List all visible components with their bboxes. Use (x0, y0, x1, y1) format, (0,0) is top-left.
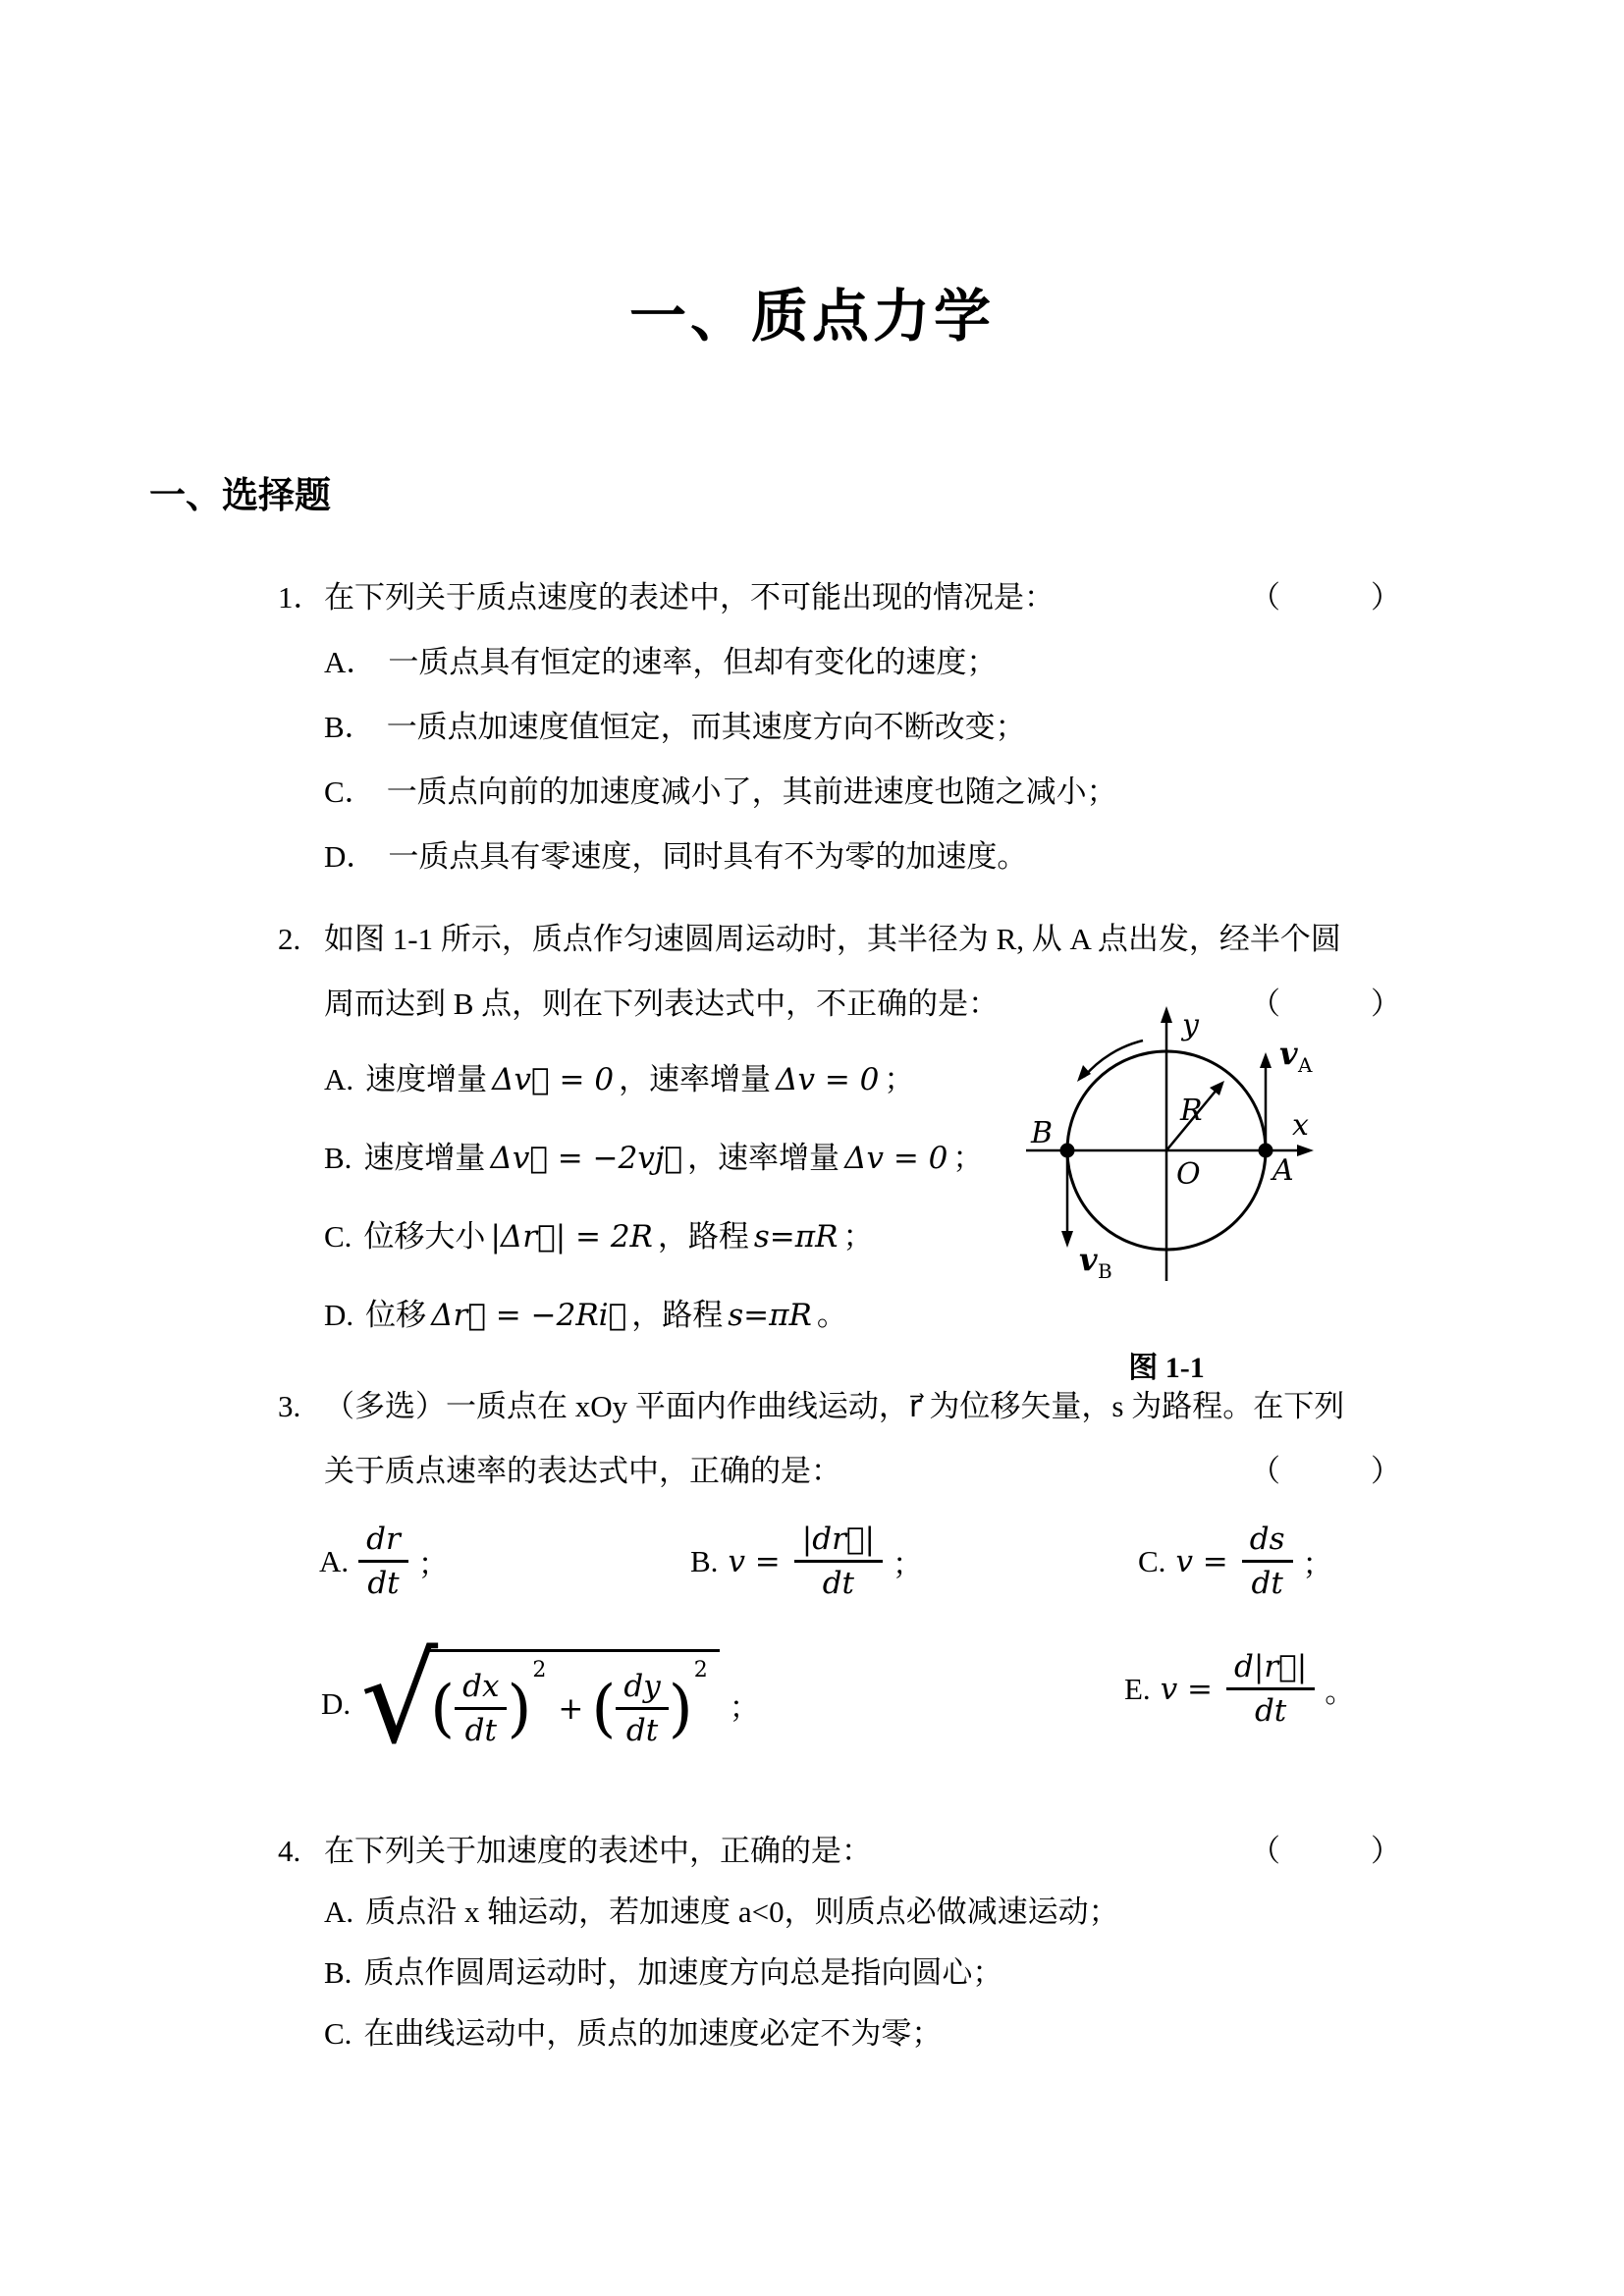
q4-option-a-text: 质点沿 x 轴运动，若加速度 a<0，则质点必做减速运动； (365, 1895, 1119, 1929)
q3-option-c-label: C. (1138, 1544, 1165, 1579)
q2-option-b: B.速度增量Δv⃗ = −2vj⃗，速率增量Δv = 0； (278, 1133, 995, 1184)
q4-option-b-label: B. (324, 1955, 352, 1990)
q2-option-a-punct: ； (884, 1062, 914, 1096)
q1-option-b-text: 一质点加速度值恒定，而其速度方向不断改变； (387, 710, 1026, 744)
q2-option-c-text2: ，路程 (658, 1219, 749, 1254)
q1-option-d: D．一质点具有零速度，同时具有不为零的加速度。 (278, 834, 1467, 880)
figure-1-1-caption: 图 1-1 (1049, 1343, 1284, 1386)
question-4-text: 在下列关于加速度的表述中，正确的是： (324, 1834, 872, 1868)
q2-option-b-label: B. (324, 1141, 352, 1175)
rotation-direction-arc (1084, 1041, 1143, 1077)
q3-option-c-denominator: dt (1252, 1563, 1283, 1601)
q3-option-d-punct: ； (730, 1682, 760, 1727)
q1-option-b-label: B． (324, 710, 375, 744)
question-3-text-line1: （多选）一质点在 xOy 平面内作曲线运动，r⃗ 为位移矢量，s 为路程。在下列 (324, 1389, 1344, 1423)
q3-option-c-numerator: ds (1242, 1522, 1293, 1563)
q2-option-c-text1: 位移大小 (363, 1219, 485, 1254)
q3-option-d-label: D. (321, 1686, 351, 1722)
q2-option-c-label: C. (324, 1219, 352, 1254)
q3-option-e: E. v = d|r⃗| dt 。 (1124, 1649, 1355, 1729)
q3-option-e-denominator: dt (1255, 1690, 1286, 1729)
q2-option-d-label: D. (324, 1298, 353, 1332)
x-axis-arrowhead (1297, 1145, 1314, 1156)
document-page: 一、质点力学 一、选择题 1．在下列关于质点速度的表述中，不可能出现的情况是： … (0, 0, 1624, 2296)
question-2-text-line2: 周而达到 B 点，则在下列表达式中，不正确的是： (324, 987, 999, 1021)
q2-option-c-math2: s=πR (749, 1219, 843, 1255)
velocity-a-arrowhead (1260, 1052, 1272, 1068)
question-3-stem-line1: 3.（多选）一质点在 xOy 平面内作曲线运动，r⃗ 为位移矢量，s 为路程。在… (278, 1384, 1467, 1429)
velocity-b-label: v (1079, 1241, 1098, 1278)
q2-option-d-punct: 。 (817, 1298, 847, 1332)
plus-sign: + (550, 1691, 591, 1727)
radical-sign: √ (360, 1649, 438, 1751)
question-3-number: 3. (278, 1384, 324, 1429)
velocity-a-label: v (1279, 1035, 1298, 1072)
velocity-a-subscript: A (1297, 1053, 1313, 1077)
question-4: 4.在下列关于加速度的表述中，正确的是： （ ） A.质点沿 x 轴运动，若加速… (278, 1829, 1467, 2056)
q4-option-b: B.质点作圆周运动时，加速度方向总是指向圆心； (278, 1950, 1467, 1996)
velocity-b-subscript: B (1098, 1259, 1112, 1283)
question-4-answer-blank: （ ） (1250, 1829, 1411, 1874)
question-1: 1．在下列关于质点速度的表述中，不可能出现的情况是： （ ） A．一质点具有恒定… (278, 575, 1467, 880)
q3-option-d-fraction-2: dy dt (616, 1669, 668, 1748)
q3-option-a-label: A. (319, 1544, 349, 1579)
q2-option-d: D.位移Δr⃗ = −2Ri⃗，路程s=πR。 (278, 1290, 995, 1341)
velocity-b-arrowhead (1061, 1231, 1073, 1248)
q3-option-b-denominator: dt (823, 1563, 854, 1601)
q3-option-a-fraction: dr dt (358, 1522, 408, 1601)
q3-option-b-lhs: v = (728, 1544, 780, 1579)
q2-option-a-text2: ，速率增量 (619, 1062, 771, 1096)
q2-option-a-label: A. (324, 1062, 353, 1096)
q1-option-d-text: 一质点具有零速度，同时具有不为零的加速度。 (388, 839, 1027, 874)
question-3-text-line2: 关于质点速率的表达式中，正确的是： (324, 1454, 841, 1488)
y-axis-arrowhead (1161, 1006, 1172, 1023)
q3-option-d-frac2-numerator: dy (616, 1669, 668, 1710)
q3-option-b-label: B. (690, 1544, 718, 1579)
question-2-text-line1: 如图 1-1 所示，质点作匀速圆周运动时，其半径为 R, 从 A 点出发，经半个… (324, 922, 1341, 956)
left-paren: ( (430, 1678, 455, 1740)
q3-option-d-fraction-1: dx dt (455, 1669, 507, 1748)
figure-1-1: y x O A B R v A v B 图 1-1 (982, 989, 1414, 1386)
point-b-label: B (1030, 1116, 1053, 1150)
q1-option-a-text: 一质点具有恒定的速率，但却有变化的速度； (388, 645, 997, 679)
q4-option-c-text: 在曲线运动中，质点的加速度必定不为零； (363, 2016, 942, 2051)
q3-option-d-radicand: ( dx dt ) 2 + ( dy dt ) (428, 1649, 720, 1759)
q3-option-d-frac1-numerator: dx (455, 1669, 507, 1710)
question-1-text: 在下列关于质点速度的表述中，不可能出现的情况是： (324, 580, 1055, 614)
right-paren: ) (669, 1678, 693, 1740)
question-3-answer-blank: （ ） (1250, 1449, 1411, 1494)
q3-option-c-lhs: v = (1175, 1544, 1227, 1579)
q3-option-b: B. v = |dr⃗| dt ； (690, 1522, 923, 1601)
q3-option-a-punct: ； (418, 1539, 449, 1583)
q1-option-c-text: 一质点向前的加速度减小了，其前进速度也随之减小； (387, 774, 1117, 809)
q1-option-d-label: D． (324, 839, 376, 874)
q2-option-b-math2: Δv = 0 (839, 1141, 952, 1176)
question-4-stem: 4.在下列关于加速度的表述中，正确的是： （ ） (278, 1829, 1467, 1874)
q2-option-d-math1: Δr⃗ = −2Ri⃗ (426, 1298, 631, 1333)
origin-label: O (1176, 1157, 1201, 1192)
circle-motion-diagram: y x O A B R v A v B (982, 989, 1414, 1333)
q3-option-a-denominator: dt (367, 1563, 399, 1601)
q3-option-e-label: E. (1124, 1672, 1151, 1707)
q3-option-d-frac1-denominator: dt (465, 1710, 497, 1748)
q2-option-a-text1: 速度增量 (365, 1062, 487, 1096)
q4-option-a-label: A. (324, 1895, 353, 1929)
point-b-dot (1060, 1144, 1075, 1158)
point-a-dot (1259, 1144, 1273, 1158)
q3-option-e-lhs: v = (1161, 1672, 1213, 1707)
x-axis-label: x (1292, 1108, 1309, 1143)
right-paren: ) (507, 1678, 531, 1740)
q2-option-b-math1: Δv⃗ = −2vj⃗ (485, 1141, 687, 1176)
question-2-number: 2. (278, 917, 324, 962)
q3-option-b-fraction: |dr⃗| dt (794, 1522, 883, 1601)
q3-option-d: D. √ ( dx dt ) 2 + ( dy (321, 1649, 760, 1759)
q2-option-b-text2: ，速率增量 (687, 1141, 839, 1175)
question-1-number: 1． (278, 575, 324, 620)
q1-option-c-label: C． (324, 774, 375, 809)
q3-option-c-fraction: ds dt (1242, 1522, 1293, 1601)
q3-option-a-numerator: dr (358, 1522, 408, 1563)
question-4-number: 4. (278, 1829, 324, 1874)
q3-option-d-exponent-2: 2 (694, 1660, 708, 1682)
page-title: 一、质点力学 (0, 0, 1624, 357)
rotation-arc-arrowhead (1077, 1065, 1091, 1082)
q1-option-c: C．一质点向前的加速度减小了，其前进速度也随之减小； (278, 770, 1467, 815)
q4-option-b-text: 质点作圆周运动时，加速度方向总是指向圆心； (363, 1955, 1002, 1990)
question-1-stem: 1．在下列关于质点速度的表述中，不可能出现的情况是： （ ） (278, 575, 1467, 620)
q3-option-c: C. v = ds dt ； (1138, 1522, 1333, 1601)
q2-option-c: C.位移大小|Δr⃗| = 2R，路程s=πR； (278, 1211, 995, 1262)
q2-option-d-text2: ，路程 (631, 1298, 723, 1332)
radius-arrowhead (1210, 1081, 1224, 1095)
section-heading: 一、选择题 (149, 473, 1624, 518)
q1-option-a-label: A． (324, 645, 376, 679)
q3-option-d-frac2-denominator: dt (626, 1710, 658, 1748)
q2-option-c-math1: |Δr⃗| = 2R (485, 1219, 657, 1255)
q2-option-a-math1: Δv⃗ = 0 (487, 1062, 619, 1097)
q4-option-c-label: C. (324, 2016, 352, 2051)
question-1-answer-blank: （ ） (1250, 575, 1411, 620)
q2-option-a-math2: Δv = 0 (771, 1062, 884, 1097)
q2-option-d-math2: s=πR (723, 1298, 817, 1333)
q3-option-a: A. dr dt ； (319, 1522, 449, 1601)
q3-options-row-1: A. dr dt ； B. v = |dr⃗| dt ； C. v = (278, 1522, 1467, 1631)
q2-option-a: A.速度增量Δv⃗ = 0，速率增量Δv = 0； (278, 1054, 995, 1105)
q2-option-b-text1: 速度增量 (363, 1141, 485, 1175)
question-3-stem-line2: 关于质点速率的表达式中，正确的是： （ ） (278, 1449, 1467, 1494)
point-a-label: A (1270, 1153, 1294, 1188)
q3-option-e-numerator: d|r⃗| (1226, 1649, 1315, 1690)
q3-options-row-2: D. √ ( dx dt ) 2 + ( dy (278, 1649, 1467, 1775)
left-paren: ( (591, 1678, 616, 1740)
q3-option-c-punct: ； (1303, 1539, 1333, 1583)
y-axis-label: y (1180, 1008, 1200, 1042)
q3-option-d-square-root: √ ( dx dt ) 2 + ( dy dt (360, 1649, 720, 1759)
q1-option-a: A．一质点具有恒定的速率，但却有变化的速度； (278, 640, 1467, 685)
q4-option-a: A.质点沿 x 轴运动，若加速度 a<0，则质点必做减速运动； (278, 1890, 1467, 1935)
q2-option-b-punct: ； (952, 1141, 983, 1175)
q3-option-d-exponent-1: 2 (532, 1660, 546, 1682)
question-3: 3.（多选）一质点在 xOy 平面内作曲线运动，r⃗ 为位移矢量，s 为路程。在… (278, 1384, 1467, 1775)
radius-label: R (1179, 1094, 1203, 1128)
q3-option-e-fraction: d|r⃗| dt (1226, 1649, 1315, 1729)
q3-option-e-punct: 。 (1325, 1667, 1355, 1711)
q1-option-b: B．一质点加速度值恒定，而其速度方向不断改变； (278, 705, 1467, 750)
q2-option-d-text1: 位移 (365, 1298, 426, 1332)
question-2-stem-line1: 2.如图 1-1 所示，质点作匀速圆周运动时，其半径为 R, 从 A 点出发，经… (278, 917, 1467, 962)
q3-option-b-numerator: |dr⃗| (794, 1522, 883, 1563)
q4-option-c: C.在曲线运动中，质点的加速度必定不为零； (278, 2011, 1467, 2056)
q3-option-b-punct: ； (893, 1539, 923, 1583)
q2-option-c-punct: ； (843, 1219, 874, 1254)
